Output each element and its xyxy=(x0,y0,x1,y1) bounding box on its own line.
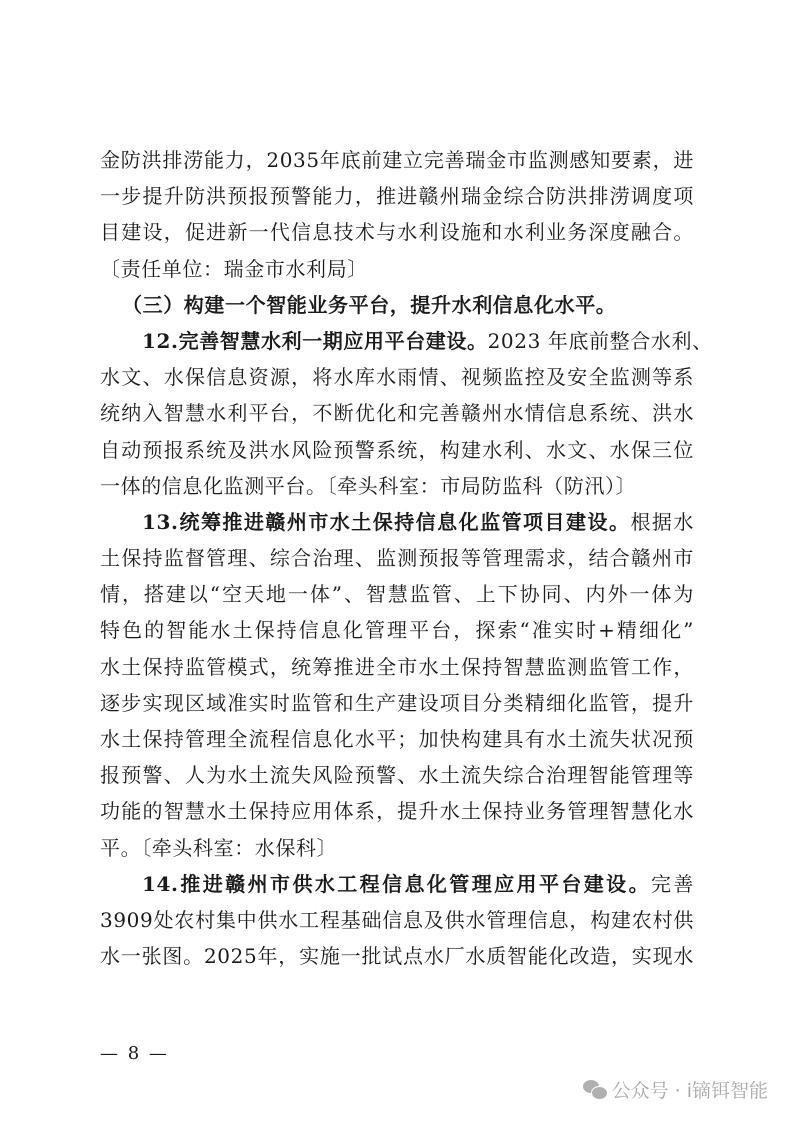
body-line: 统纳入智慧水利平台，不断优化和完善赣州水情信息系统、洪水 xyxy=(100,395,694,431)
item-12-title: 12.完善智慧水利一期应用平台建设。 xyxy=(142,329,488,353)
watermark: 公众号 · i镝铒智能 xyxy=(583,1076,768,1103)
item-13-text: 根据水 xyxy=(630,510,694,534)
page-number: — 8 — xyxy=(100,1043,169,1064)
body-line: 一步提升防洪预报预警能力，推进赣州瑞金综合防洪排涝调度项 xyxy=(100,178,694,214)
body-line: 金防洪排涝能力，2035年底前建立完善瑞金市监测感知要素，进 xyxy=(100,142,694,178)
item-14-first-line: 14.推进赣州市供水工程信息化管理应用平台建设。完善 xyxy=(100,866,694,902)
watermark-text: 公众号 · i镝铒智能 xyxy=(612,1076,768,1103)
body-line: 情，搭建以“空天地一体”、智慧监管、上下协同、内外一体为 xyxy=(100,576,694,612)
responsible-unit: 〔责任单位：瑞金市水利局〕 xyxy=(100,251,694,287)
section-heading: （三）构建一个智能业务平台，提升水利信息化水平。 xyxy=(100,287,694,323)
document-body: 金防洪排涝能力，2035年底前建立完善瑞金市监测感知要素，进 一步提升防洪预报预… xyxy=(100,142,694,974)
item-12-text: 2023 年底前整合水利、 xyxy=(488,329,713,353)
body-line: 逐步实现区域准实时监管和生产建设项目分类精细化监管，提升 xyxy=(100,685,694,721)
item-14-text: 完善 xyxy=(651,872,694,896)
item-13-first-line: 13.统筹推进赣州市水土保持信息化监管项目建设。根据水 xyxy=(100,504,694,540)
item-13-title: 13.统筹推进赣州市水土保持信息化监管项目建设。 xyxy=(142,510,630,534)
body-line: 土保持监督管理、综合治理、监测预报等管理需求，结合赣州市 xyxy=(100,540,694,576)
body-line: 自动预报系统及洪水风险预警系统，构建水利、水文、水保三位 xyxy=(100,432,694,468)
item-14-title: 14.推进赣州市供水工程信息化管理应用平台建设。 xyxy=(142,872,651,896)
item-12-first-line: 12.完善智慧水利一期应用平台建设。2023 年底前整合水利、 xyxy=(100,323,694,359)
body-line: 水土保持管理全流程信息化水平；加快构建具有水土流失状况预 xyxy=(100,721,694,757)
wechat-icon xyxy=(583,1080,607,1100)
body-line: 特色的智能水土保持信息化管理平台，探索“准实时+精细化” xyxy=(100,612,694,648)
body-line: 3909处农村集中供水工程基础信息及供水管理信息，构建农村供 xyxy=(100,902,694,938)
body-line: 功能的智慧水土保持应用体系，提升水土保持业务管理智慧化水 xyxy=(100,793,694,829)
body-line: 水文、水保信息资源，将水库水雨情、视频监控及安全监测等系 xyxy=(100,359,694,395)
body-line: 水一张图。2025年，实施一批试点水厂水质智能化改造，实现水 xyxy=(100,938,694,974)
body-line: 水土保持监管模式，统筹推进全市水土保持智慧监测监管工作， xyxy=(100,649,694,685)
body-line: 一体的信息化监测平台。〔牵头科室：市局防监科（防汛）〕 xyxy=(100,468,694,504)
body-line: 报预警、人为水土流失风险预警、水土流失综合治理智能管理等 xyxy=(100,757,694,793)
body-line: 目建设，促进新一代信息技术与水利设施和水利业务深度融合。 xyxy=(100,214,694,250)
body-line: 平。〔牵头科室：水保科〕 xyxy=(100,830,694,866)
